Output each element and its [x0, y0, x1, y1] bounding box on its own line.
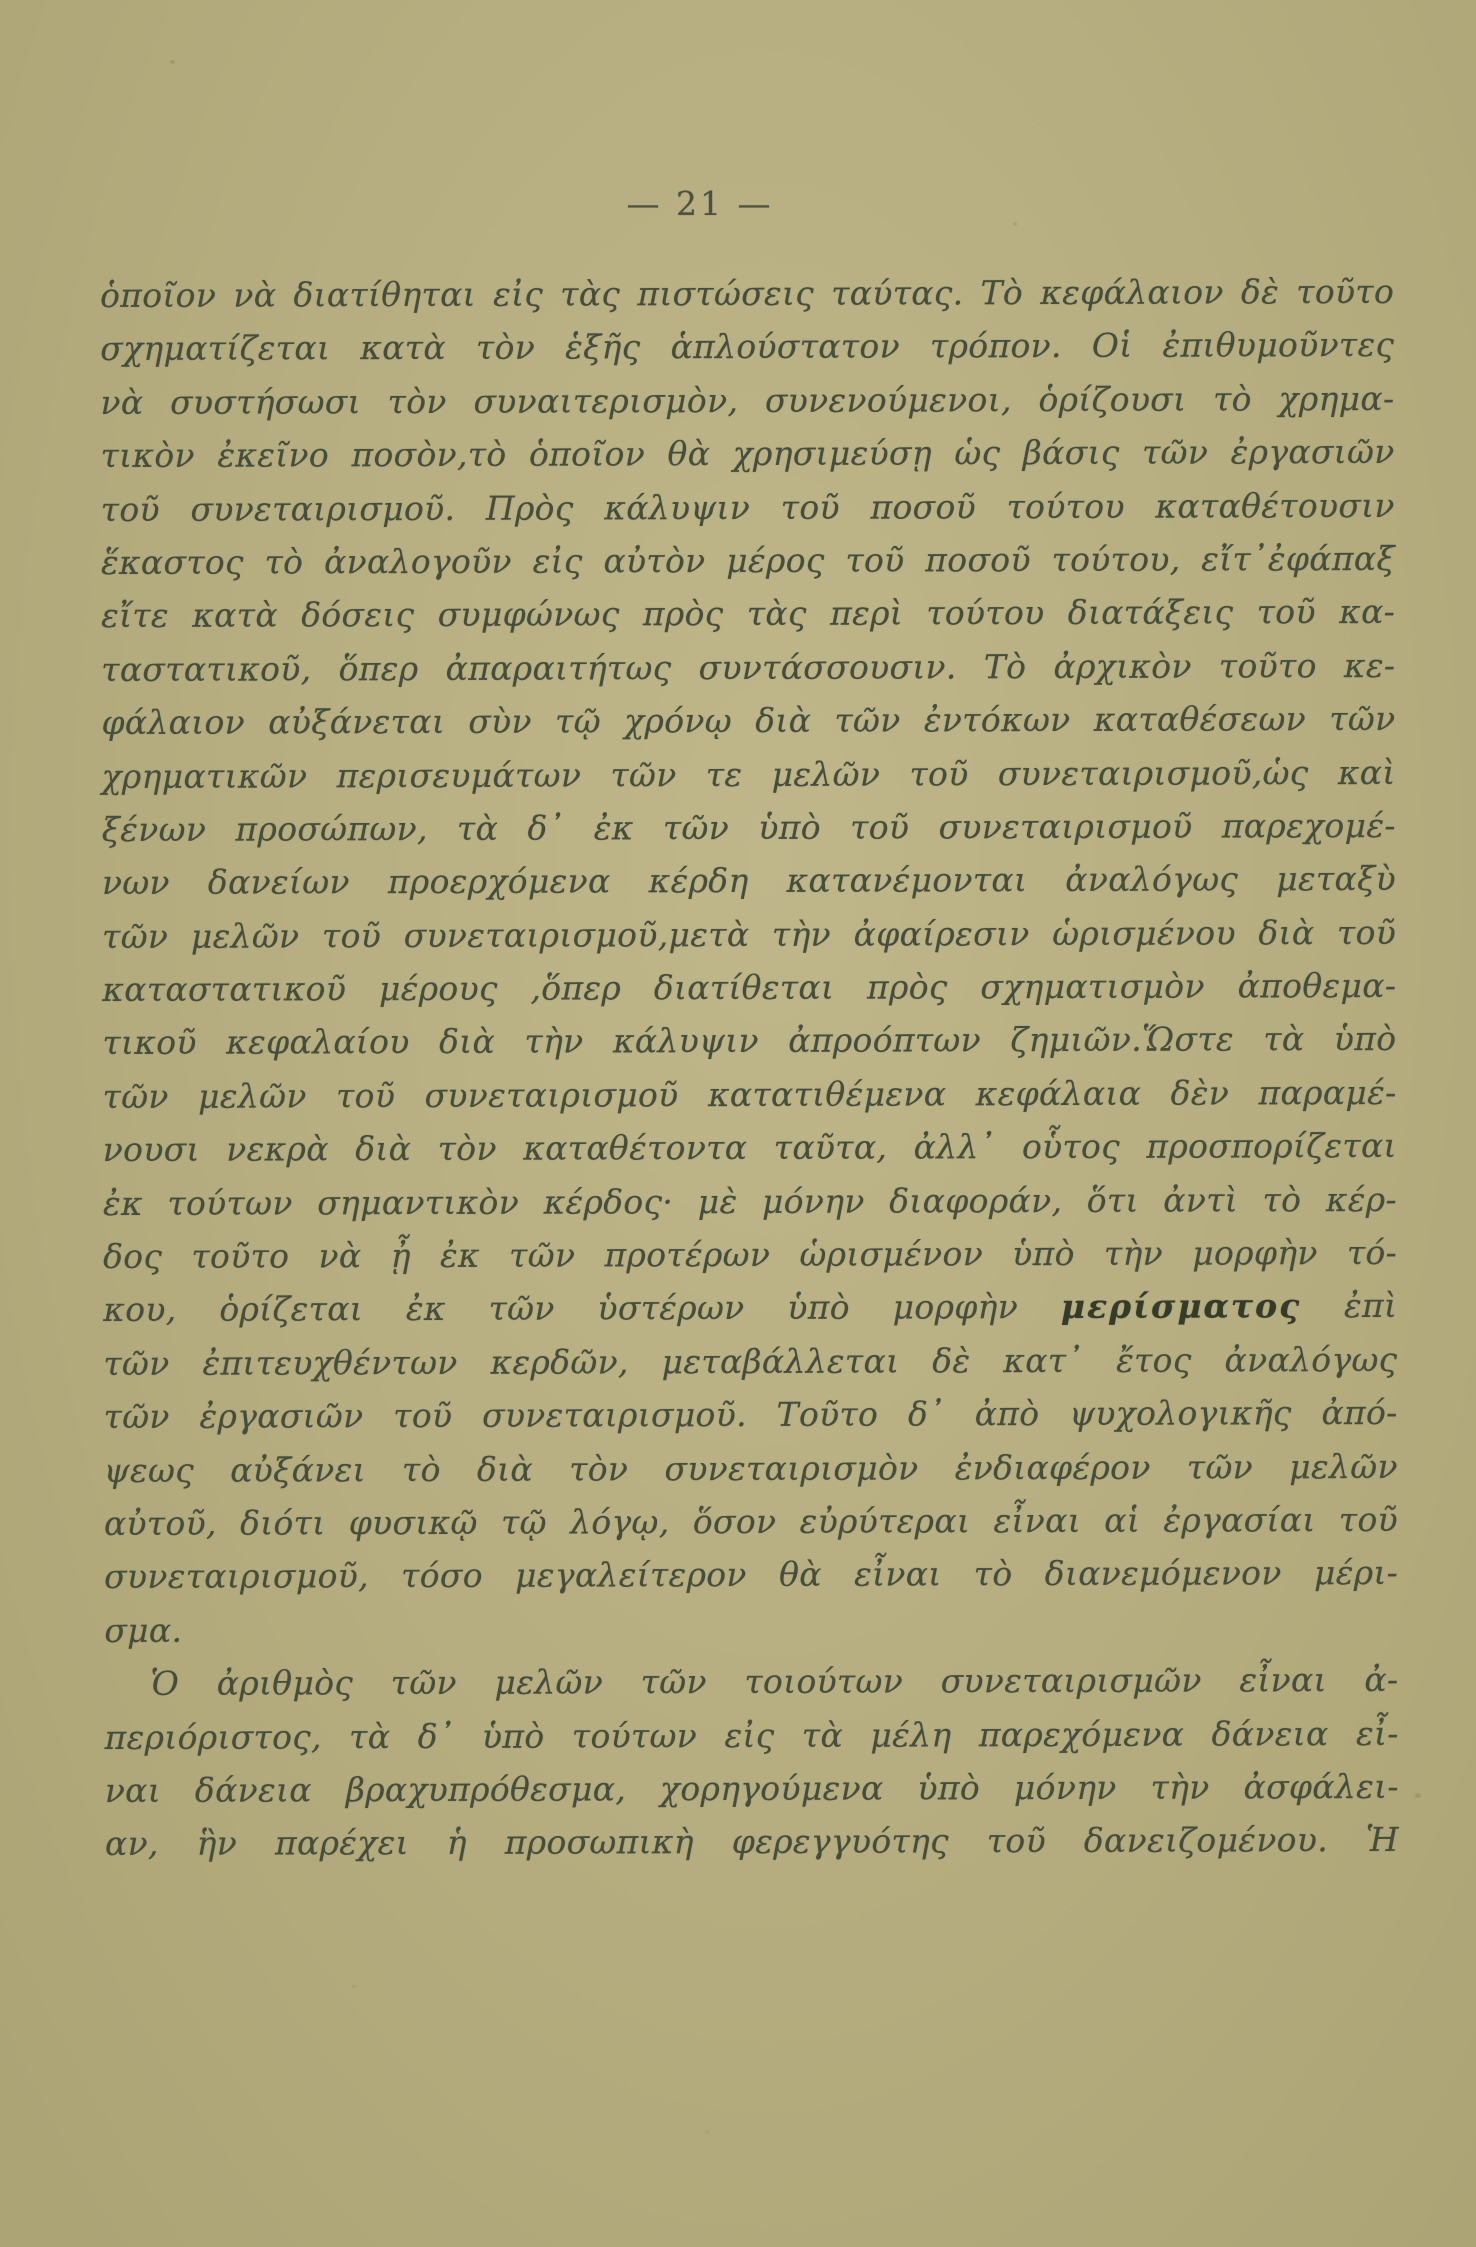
text-line-5: τοῦ συνεταιρισμοῦ. Πρὸς κάλυψιν τοῦ ποσο… — [101, 478, 1395, 535]
text-line-20: κου, ὁρίζεται ἐκ τῶν ὑστέρων ὑπὸ μορφὴν … — [103, 1279, 1397, 1336]
text-line-20-post: ἐπὶ — [1301, 1286, 1397, 1325]
text-line-21: τῶν ἐπιτευχθέντων κερδῶν, μεταβάλλεται δ… — [103, 1333, 1397, 1390]
text-line-14: καταστατικοῦ μέρους ,ὅπερ διατίθεται πρὸ… — [102, 959, 1396, 1016]
scan-speck — [352, 1985, 356, 1988]
text-line-18: ἐκ τούτων σημαντικὸν κέρδος· μὲ μόνην δι… — [103, 1173, 1397, 1230]
page-number: — 21 — — [0, 184, 1400, 223]
text-line-1: ὁποῖον νὰ διατίθηται εἰς τὰς πιστώσεις τ… — [100, 265, 1394, 322]
text-line-10: χρηματικῶν περισευμάτων τῶν τε μελῶν τοῦ… — [102, 745, 1396, 802]
emphasized-word-merisma: μερίσματος — [1061, 1287, 1301, 1327]
text-line-19: δος τοῦτο νὰ ᾖ ἐκ τῶν προτέρων ὡρισμένον… — [103, 1226, 1397, 1283]
text-line-22: τῶν ἐργασιῶν τοῦ συνεταιρισμοῦ. Τοῦτο δ᾽… — [104, 1386, 1398, 1443]
text-line-17: νουσι νεκρὰ διὰ τὸν καταθέτοντα ταῦτα, ἀ… — [103, 1119, 1397, 1176]
text-line-8: ταστατικοῦ, ὅπερ ἀπαραιτήτως συντάσσουσι… — [101, 639, 1395, 696]
text-line-13: τῶν μελῶν τοῦ συνεταιρισμοῦ,μετὰ τὴν ἀφα… — [102, 906, 1396, 963]
text-line-4: τικὸν ἐκεῖνο ποσὸν,τὸ ὁποῖον θὰ χρησιμεύ… — [101, 425, 1395, 482]
text-line-15: τικοῦ κεφαλαίου διὰ τὴν κάλυψιν ἀπροόπτω… — [102, 1012, 1396, 1069]
text-line-30: αν, ἣν παρέχει ἡ προσωπικὴ φερεγγυότης τ… — [105, 1813, 1399, 1870]
text-line-26-paragraph-end: σμα. — [104, 1600, 1398, 1657]
scan-speck — [1013, 222, 1017, 226]
text-line-16: τῶν μελῶν τοῦ συνεταιρισμοῦ κατατιθέμενα… — [103, 1066, 1397, 1123]
text-line-3: νὰ συστήσωσι τὸν συναιτερισμὸν, συνενούμ… — [100, 372, 1394, 429]
scan-speck — [705, 2130, 710, 2134]
text-line-6: ἕκαστος τὸ ἀναλογοῦν εἰς αὐτὸν μέρος τοῦ… — [101, 532, 1395, 589]
text-line-28: περιόριστος, τὰ δ᾽ ὑπὸ τούτων εἰς τὰ μέλ… — [105, 1706, 1399, 1763]
scan-speck — [1415, 1793, 1421, 1798]
text-line-2: σχηματίζεται κατὰ τὸν ἑξῆς ἁπλούστατον τ… — [100, 318, 1394, 375]
text-line-12: νων δανείων προερχόμενα κέρδη κατανέμοντ… — [102, 852, 1396, 909]
text-line-11: ξένων προσώπων, τὰ δ᾽ ἐκ τῶν ὑπὸ τοῦ συν… — [102, 799, 1396, 856]
text-line-20-pre: κου, ὁρίζεται ἐκ τῶν ὑστέρων ὑπὸ μορφὴν — [103, 1287, 1061, 1329]
scanned-book-page: — 21 — ὁποῖον νὰ διατίθηται εἰς τὰς πιστ… — [0, 0, 1476, 2247]
text-line-25: συνεταιρισμοῦ, τόσο μεγαλείτερον θὰ εἶνα… — [104, 1546, 1398, 1603]
scan-speck — [170, 60, 175, 64]
text-line-27-paragraph-start: Ὁ ἀριθμὸς τῶν μελῶν τῶν τοιούτων συνεται… — [104, 1653, 1398, 1710]
body-text: ὁποῖον νὰ διατίθηται εἰς τὰς πιστώσεις τ… — [100, 265, 1399, 1871]
text-line-23: ψεως αὐξάνει τὸ διὰ τὸν συνεταιρισμὸν ἐν… — [104, 1440, 1398, 1497]
text-line-29: ναι δάνεια βραχυπρόθεσμα, χορηγούμενα ὑπ… — [105, 1760, 1399, 1817]
text-line-9: φάλαιον αὐξάνεται σὺν τῷ χρόνῳ διὰ τῶν ἐ… — [101, 692, 1395, 749]
text-line-7: εἴτε κατὰ δόσεις συμφώνως πρὸς τὰς περὶ … — [101, 585, 1395, 642]
text-line-24: αὐτοῦ, διότι φυσικῷ τῷ λόγῳ, ὅσον εὐρύτε… — [104, 1493, 1398, 1550]
